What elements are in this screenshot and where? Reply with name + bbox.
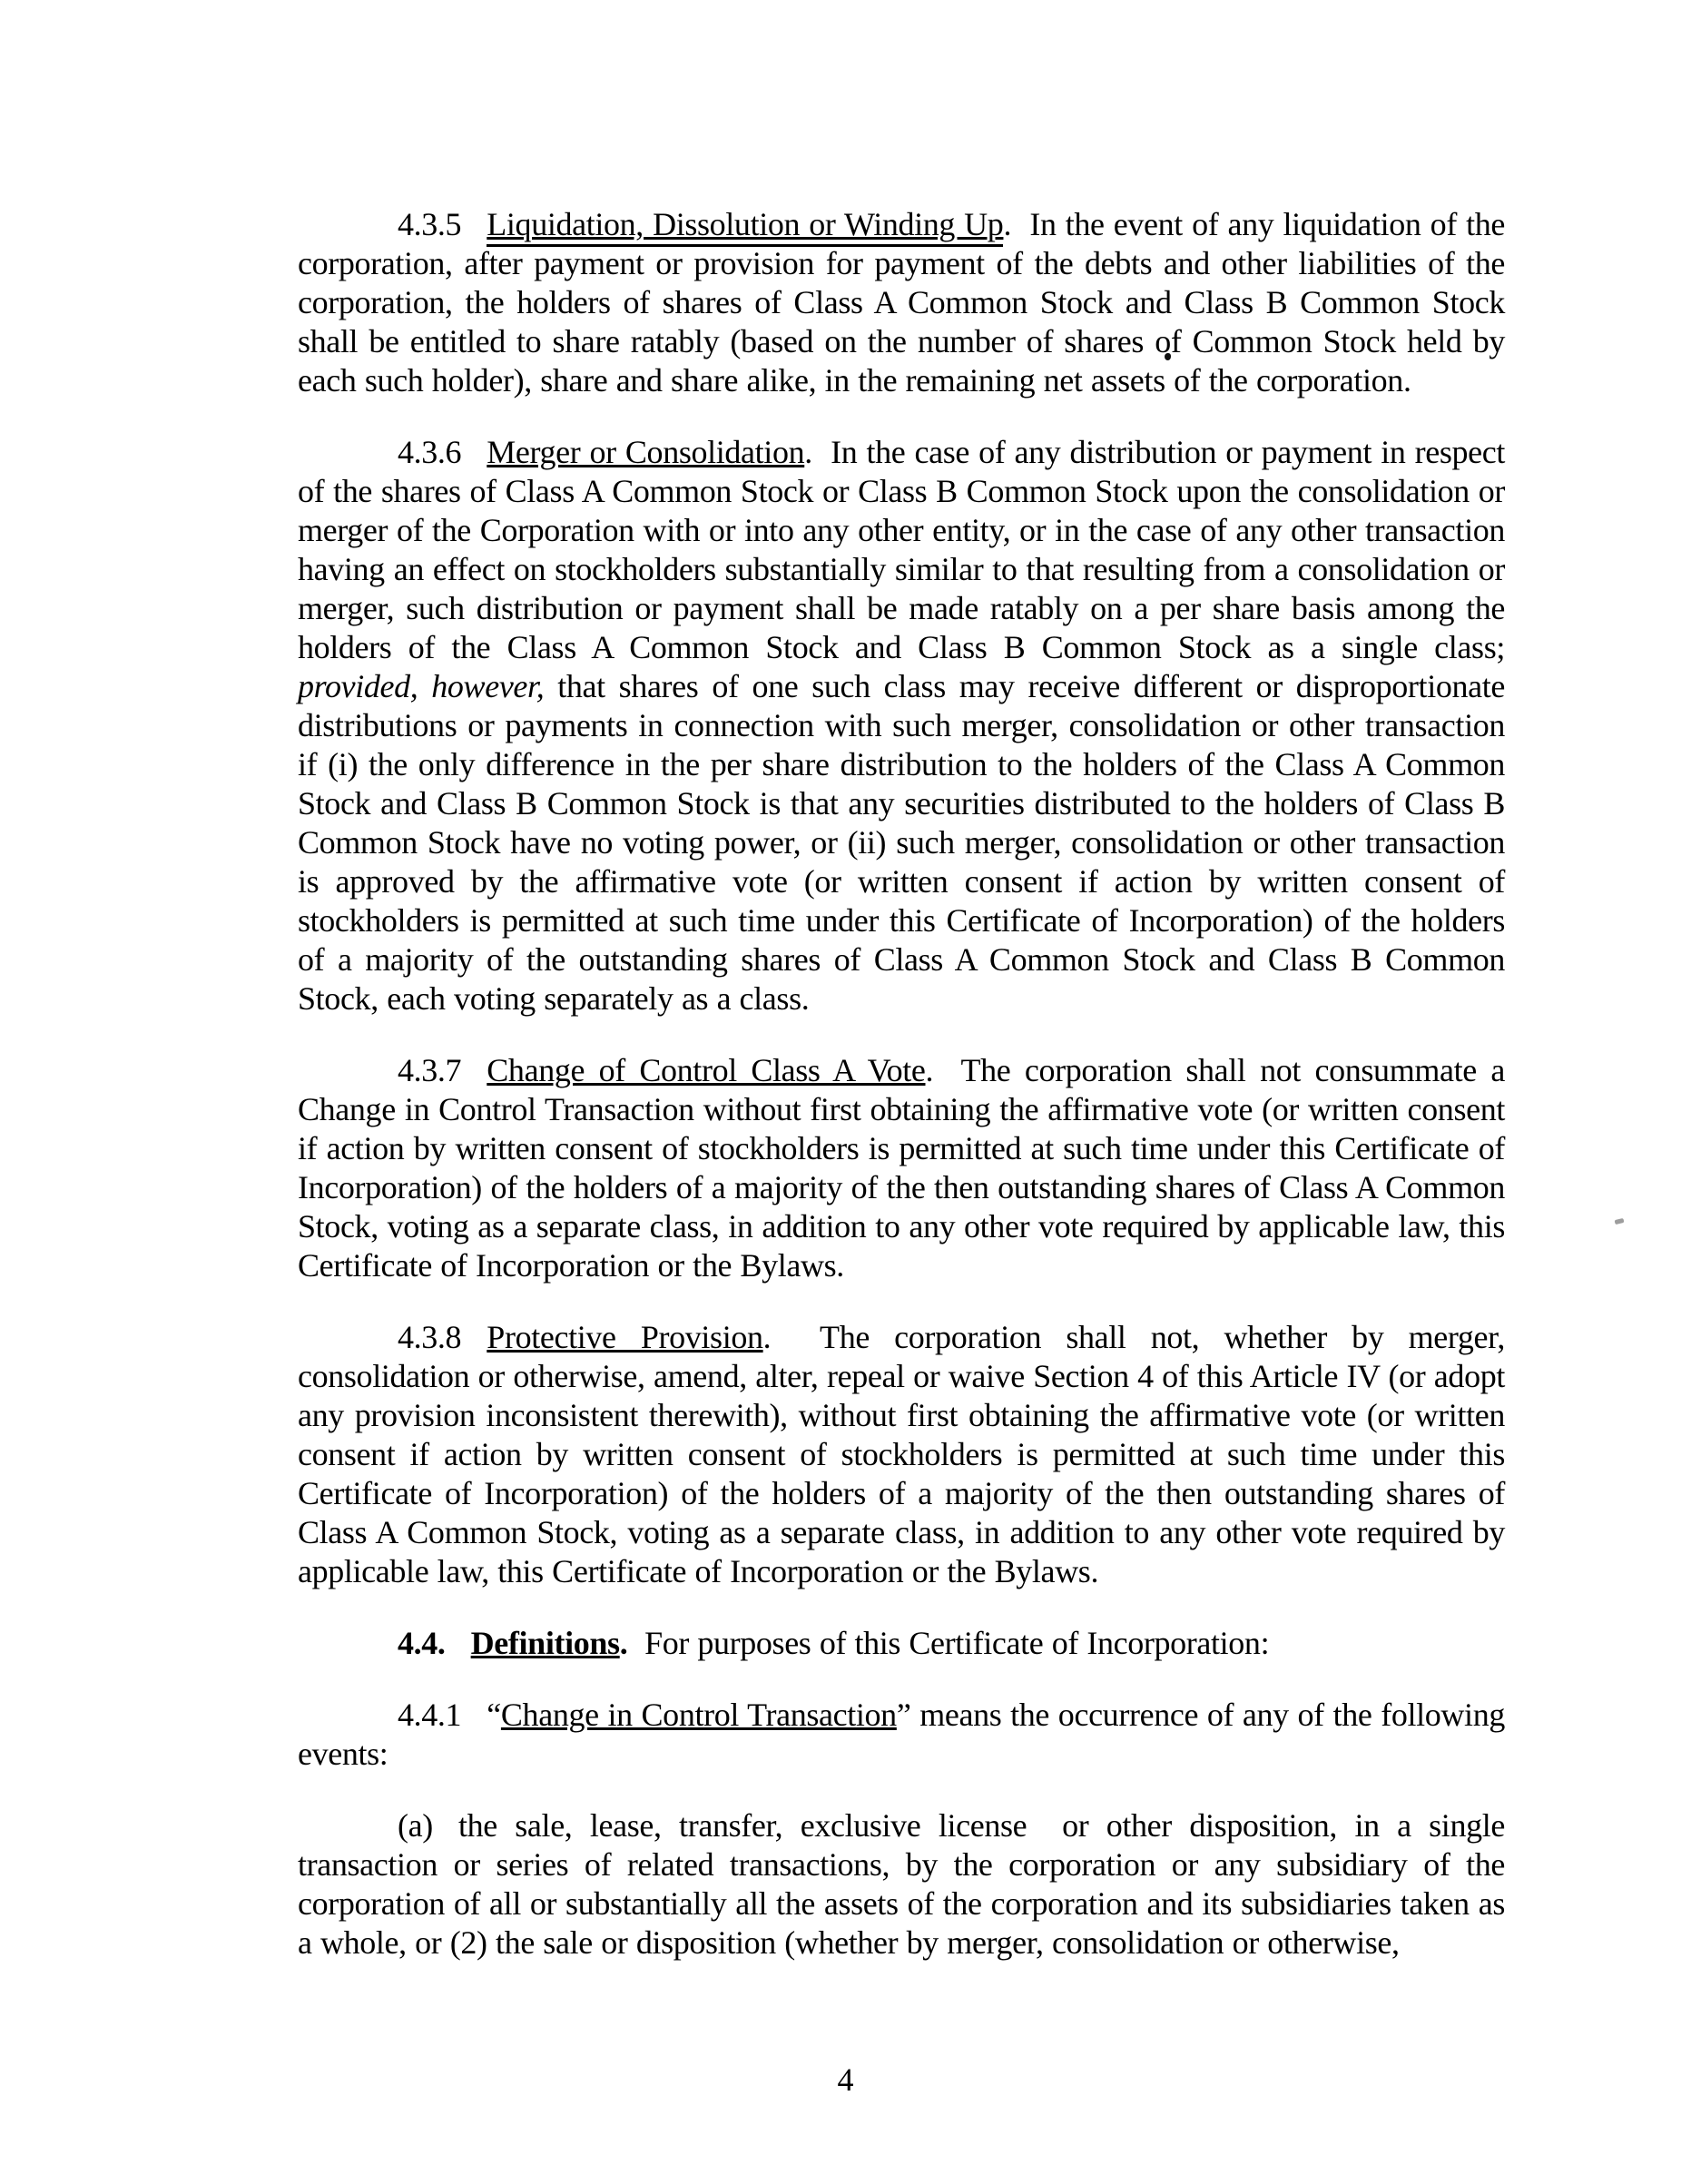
section-number: (a) xyxy=(398,1807,433,1844)
body-text: For purposes of this Certificate of Inco… xyxy=(627,1625,1269,1661)
section-number: 4.3.6 xyxy=(398,434,461,470)
body-text: . The corporation shall not, whether by … xyxy=(298,1319,1513,1589)
paragraph-4-4: 4.4.Definitions. For purposes of this Ce… xyxy=(298,1624,1505,1663)
body-text: ” means the occurrence of any of the fol… xyxy=(298,1697,1513,1772)
scan-speck-dash xyxy=(1615,1218,1625,1225)
section-heading: Definitions xyxy=(471,1625,620,1661)
section-number: 4.4. xyxy=(398,1625,446,1661)
body-text: “ xyxy=(487,1697,501,1733)
section-number: 4.3.7 xyxy=(398,1052,461,1088)
section-heading: Change of Control Class A Vote xyxy=(487,1052,925,1088)
section-heading: Merger or Consolidation xyxy=(487,434,804,470)
section-heading: Change in Control Transaction xyxy=(501,1697,897,1733)
paragraph-4-3-5: 4.3.5Liquidation, Dissolution or Winding… xyxy=(298,205,1505,400)
section-heading: Liquidation, Dissolution or Winding Up xyxy=(487,206,1003,247)
paragraph-4-4-1: 4.4.1“Change in Control Transaction” mea… xyxy=(298,1696,1505,1774)
section-number: 4.3.8 xyxy=(398,1319,461,1355)
paragraph-4-3-6: 4.3.6Merger or Consolidation. In the cas… xyxy=(298,433,1505,1018)
section-number: 4.4.1 xyxy=(398,1697,461,1733)
scan-speck-dot xyxy=(1165,353,1171,360)
page-number: 4 xyxy=(0,2061,1691,2100)
paragraph-4-3-7: 4.3.7Change of Control Class A Vote. The… xyxy=(298,1051,1505,1285)
document-page: 4.3.5Liquidation, Dissolution or Winding… xyxy=(0,0,1691,2184)
section-heading: Protective Provision xyxy=(487,1319,762,1355)
body-text: . In the case of any distribution or pay… xyxy=(298,434,1513,665)
body-text: the sale, lease, transfer, exclusive lic… xyxy=(298,1807,1513,1961)
emphasis-text: provided, however, xyxy=(298,668,544,704)
paragraph-4-3-8: 4.3.8Protective Provision. The corporati… xyxy=(298,1318,1505,1591)
document-body: 4.3.5Liquidation, Dissolution or Winding… xyxy=(298,205,1505,1995)
section-number: 4.3.5 xyxy=(398,206,461,242)
paragraph-a: (a)the sale, lease, transfer, exclusive … xyxy=(298,1806,1505,1963)
body-text: that shares of one such class may receiv… xyxy=(298,668,1513,1017)
